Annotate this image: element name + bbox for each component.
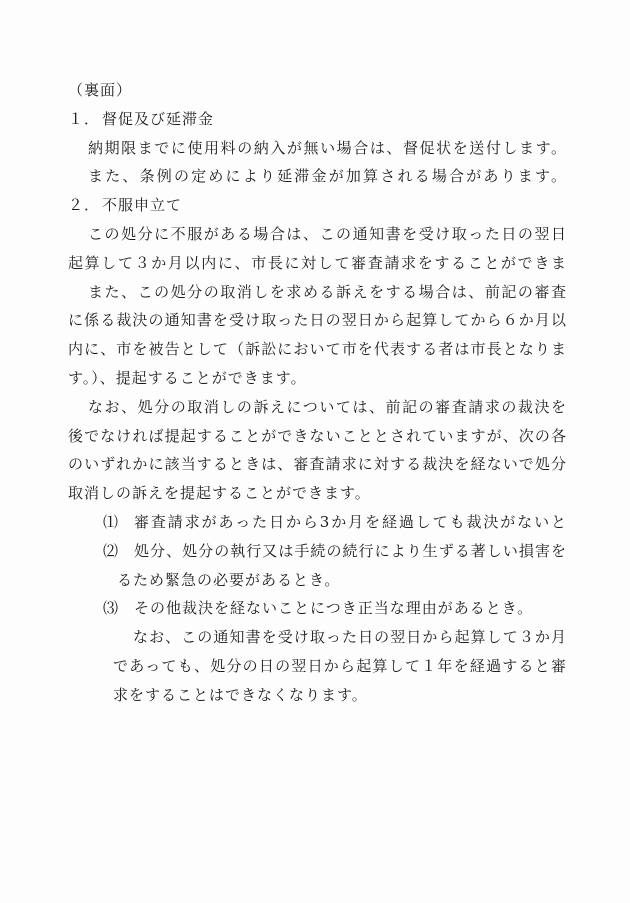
section-2-number: ２． [68, 196, 100, 214]
note-paragraph-line-3: 求をすることはできなくなります。 [113, 681, 567, 710]
section-1-number: １． [68, 110, 100, 128]
list-item-1-marker: ⑴ [103, 508, 134, 537]
section-2-paragraph-2-line-4: す。）、提起することができます。 [68, 364, 567, 393]
section-2-paragraph-3-line-2: 後でなければ提起することができないこととされていますが、次の各号 [68, 422, 567, 451]
document-page-back: （裏面） １．督促及び延滞金 納期限までに使用料の納入が無い場合は、督促状を送付… [68, 76, 567, 710]
section-2-paragraph-1-line-1: この処分に不服がある場合は、この通知書を受け取った日の翌日から [88, 220, 567, 249]
section-1-paragraph-2: また、条例の定めにより延滞金が加算される場合があります。 [88, 162, 567, 191]
section-2-paragraph-2-line-3: 内に、市を被告として（訴訟において市を代表する者は市長となりま [68, 335, 567, 364]
section-2-paragraph-1-line-2: 起算して３か月以内に、市長に対して審査請求をすることができます。 [68, 249, 567, 278]
list-item-2-text-line-2: るため緊急の必要があるとき。 [117, 566, 567, 595]
section-2-paragraph-3-line-3: のいずれかに該当するときは、審査請求に対する裁決を経ないで処分の [68, 450, 567, 479]
section-2-paragraph-2-line-2: に係る裁決の通知書を受け取った日の翌日から起算してから６か月以 [68, 306, 567, 335]
page-side-label: （裏面） [68, 76, 567, 105]
section-2-paragraph-3-line-1: なお、処分の取消しの訴えについては、前記の審査請求の裁決を経た [88, 393, 567, 422]
list-item-2: ⑵ 処分、処分の執行又は手続の続行により生ずる著しい損害を避け [103, 537, 567, 566]
section-2-title: 不服申立て [102, 196, 182, 214]
section-1-paragraph-1: 納期限までに使用料の納入が無い場合は、督促状を送付します。 [88, 134, 567, 163]
list-item-1: ⑴ 審査請求があった日から3か月を経過しても裁決がないとき。 [103, 508, 567, 537]
list-item-3-marker: ⑶ [103, 594, 134, 623]
section-2-paragraph-2-line-1: また、この処分の取消しを求める訴えをする場合は、前記の審査請求 [88, 278, 567, 307]
section-2-heading: ２．不服申立て [68, 191, 567, 220]
note-paragraph-line-2: であっても、処分の日の翌日から起算して１年を経過すると審査請 [113, 652, 567, 681]
list-item-2-text-line-1: 処分、処分の執行又は手続の続行により生ずる著しい損害を避け [134, 537, 567, 566]
list-item-3-text: その他裁決を経ないことにつき正当な理由があるとき。 [134, 594, 567, 623]
note-paragraph-line-1: なお、この通知書を受け取った日の翌日から起算して３か月以内 [133, 623, 567, 652]
list-item-1-text: 審査請求があった日から3か月を経過しても裁決がないとき。 [134, 508, 567, 537]
list-item-3: ⑶ その他裁決を経ないことにつき正当な理由があるとき。 [103, 594, 567, 623]
section-2-paragraph-3-line-4: 取消しの訴えを提起することができます。 [68, 479, 567, 508]
section-1-title: 督促及び延滞金 [102, 110, 214, 128]
section-1-heading: １．督促及び延滞金 [68, 105, 567, 134]
list-item-2-marker: ⑵ [103, 537, 134, 566]
